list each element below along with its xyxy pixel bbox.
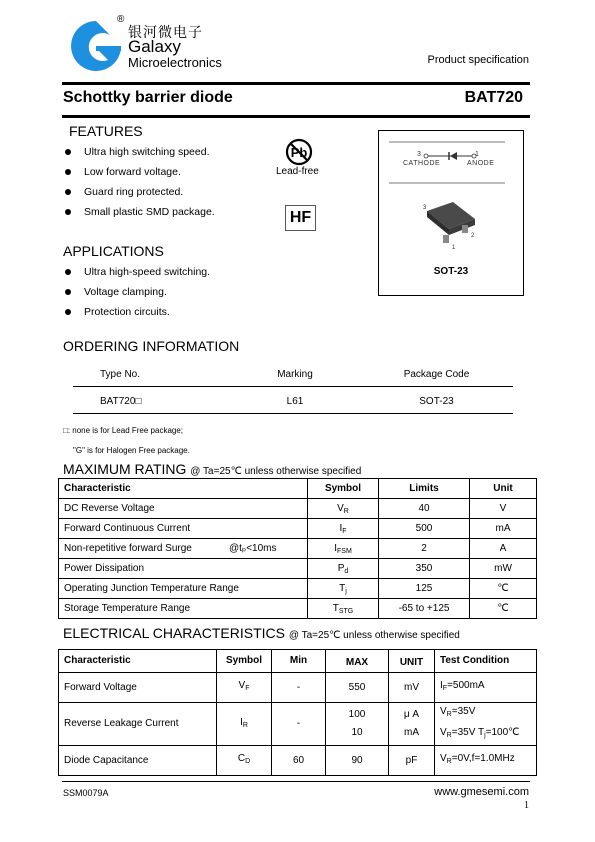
pin-1-label: 1	[452, 245, 456, 251]
unit-cell: pF	[389, 746, 435, 776]
list-item: Voltage clamping.	[64, 282, 210, 302]
divider	[389, 182, 505, 184]
logo-brand: Galaxy	[128, 37, 181, 57]
anode-label: ANODE	[467, 160, 494, 167]
symbol-cell: VR	[308, 499, 379, 519]
symbol-cell: IR	[217, 703, 272, 746]
unit-cell: A	[470, 539, 537, 559]
table-header-row: Type No. Marking Package Code	[73, 363, 513, 387]
applications-heading: APPLICATIONS	[63, 243, 164, 259]
page-number: 1	[524, 800, 529, 811]
max-cell: 550	[326, 673, 389, 703]
limit-cell: 40	[379, 499, 470, 519]
limit-cell: 2	[379, 539, 470, 559]
max-rating-table: Characteristic Symbol Limits Unit DC Rev…	[58, 478, 537, 619]
symbol-cell: Tj	[308, 579, 379, 599]
features-list: Ultra high switching speed. Low forward …	[64, 142, 215, 222]
col-type: Type No.	[73, 363, 230, 387]
min-cell: -	[272, 673, 326, 703]
halogen-free-badge: HF	[285, 205, 316, 231]
header-rule	[62, 82, 530, 85]
table-row: Forward Continuous CurrentIF500mA	[59, 519, 537, 539]
registered-mark: ®	[117, 14, 124, 25]
ordering-note: □: none is for Lead Free package;	[63, 426, 183, 435]
table-header-row: Characteristic Symbol Limits Unit	[59, 479, 537, 499]
ordering-note: "G" is for Halogen Free package.	[73, 446, 190, 455]
list-item: Small plastic SMD package.	[64, 202, 215, 222]
ordering-table: Type No. Marking Package Code BAT720□ L6…	[73, 363, 513, 414]
characteristic-cell: Reverse Leakage Current	[59, 703, 217, 746]
sot23-package-icon: 3 2 1	[419, 199, 489, 254]
symbol-cell: Pd	[308, 559, 379, 579]
package-diagram: 3 1 CATHODE ANODE 3 2 1 SOT-23	[378, 130, 524, 296]
electrical-table: Characteristic Symbol Min MAX UNIT Test …	[58, 649, 537, 776]
lead-free-label: Lead-free	[276, 166, 319, 177]
unit-cell: ℃	[470, 579, 537, 599]
limit-cell: 500	[379, 519, 470, 539]
characteristic-cell: Forward Continuous Current	[59, 519, 308, 539]
unit-cell: V	[470, 499, 537, 519]
list-item: Ultra high-speed switching.	[64, 262, 210, 282]
characteristic-cell: DC Reverse Voltage	[59, 499, 308, 519]
characteristic-cell: Storage Temperature Range	[59, 599, 308, 619]
list-item: Guard ring protected.	[64, 182, 215, 202]
table-row: BAT720□ L61 SOT-23	[73, 390, 513, 414]
col-package: Package Code	[360, 363, 513, 387]
min-cell: 60	[272, 746, 326, 776]
galaxy-logo-icon	[66, 18, 126, 73]
unit-cell: ℃	[470, 599, 537, 619]
max-cell: 90	[326, 746, 389, 776]
symbol-cell: VF	[217, 673, 272, 703]
pin-3-label: 3	[423, 205, 427, 211]
symbol-cell: IFSM	[308, 539, 379, 559]
characteristic-cell: Diode Capacitance	[59, 746, 217, 776]
unit-cell: mW	[470, 559, 537, 579]
footer-rule	[62, 781, 530, 782]
test-condition-cell: IF=500mA	[435, 673, 537, 703]
min-cell: -	[272, 703, 326, 746]
table-row: Non-repetitive forward Surge@tₚ<10msIFSM…	[59, 539, 537, 559]
table-row: Diode CapacitanceCD6090pFVR=0V,f=1.0MHz	[59, 746, 537, 776]
website-link[interactable]: www.gmesemi.com	[434, 786, 529, 798]
table-row: DC Reverse VoltageVR40V	[59, 499, 537, 519]
limit-cell: 125	[379, 579, 470, 599]
symbol-cell: IF	[308, 519, 379, 539]
part-number: BAT720	[465, 89, 523, 107]
unit-cell: mA	[470, 519, 537, 539]
title-rule	[62, 115, 530, 118]
page-title: Schottky barrier diode	[63, 89, 233, 107]
divider	[389, 141, 505, 143]
symbol-cell: CD	[217, 746, 272, 776]
package-name: SOT-23	[379, 266, 523, 277]
test-condition-cell: VR=0V,f=1.0MHz	[435, 746, 537, 776]
characteristic-cell: Forward Voltage	[59, 673, 217, 703]
cathode-pin: 3	[417, 151, 421, 158]
table-row: Power DissipationPd350mW	[59, 559, 537, 579]
test-condition-cell: VR=35VVR=35V Tj=100℃	[435, 703, 537, 746]
unit-cell: μ AmA	[389, 703, 435, 746]
max-cell: 10010	[326, 703, 389, 746]
list-item: Protection circuits.	[64, 302, 210, 322]
limit-cell: -65 to +125	[379, 599, 470, 619]
table-header-row: Characteristic Symbol Min MAX UNIT Test …	[59, 650, 537, 673]
characteristic-cell: Power Dissipation	[59, 559, 308, 579]
symbol-cell: TSTG	[308, 599, 379, 619]
max-rating-heading: MAXIMUM RATING @ Ta=25℃ unless otherwise…	[63, 461, 361, 477]
table-row: Storage Temperature RangeTSTG-65 to +125…	[59, 599, 537, 619]
col-marking: Marking	[230, 363, 360, 387]
limit-cell: 350	[379, 559, 470, 579]
characteristic-cell: Operating Junction Temperature Range	[59, 579, 308, 599]
table-row: Operating Junction Temperature RangeTj12…	[59, 579, 537, 599]
doc-type: Product specification	[428, 54, 530, 66]
list-item: Low forward voltage.	[64, 162, 215, 182]
table-row: Forward VoltageVF-550mVIF=500mA	[59, 673, 537, 703]
characteristic-cell: Non-repetitive forward Surge@tₚ<10ms	[59, 539, 308, 559]
unit-cell: mV	[389, 673, 435, 703]
electrical-heading: ELECTRICAL CHARACTERISTICS @ Ta=25℃ unle…	[63, 625, 460, 641]
applications-list: Ultra high-speed switching. Voltage clam…	[64, 262, 210, 322]
lead-free-icon: Pb	[285, 138, 313, 166]
logo-subtitle: Microelectronics	[128, 55, 222, 70]
ordering-heading: ORDERING INFORMATION	[63, 338, 239, 354]
list-item: Ultra high switching speed.	[64, 142, 215, 162]
pin-2-label: 2	[471, 233, 475, 239]
cathode-label: CATHODE	[403, 160, 440, 167]
features-heading: FEATURES	[69, 123, 143, 139]
doc-code: SSM0079A	[63, 788, 109, 798]
table-row: Reverse Leakage CurrentIR-10010μ AmAVR=3…	[59, 703, 537, 746]
